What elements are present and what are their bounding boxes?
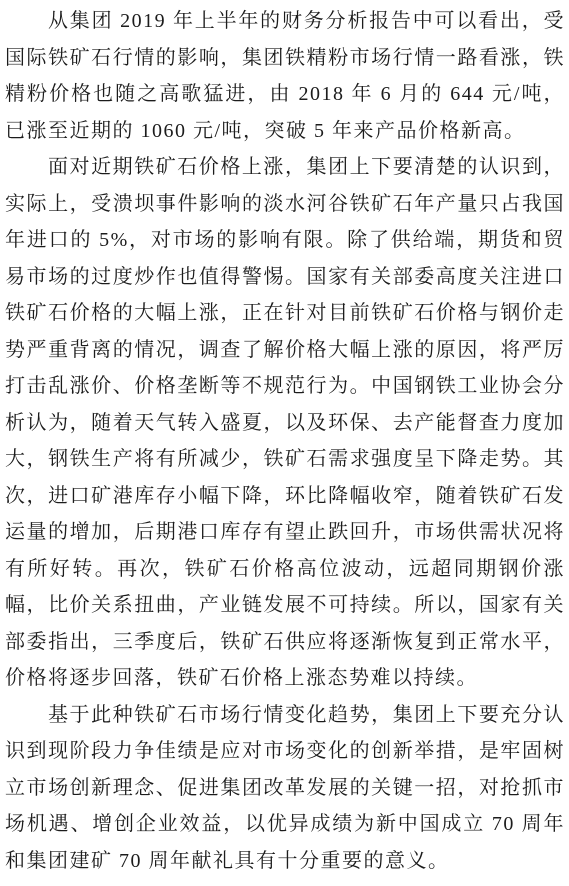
document-page: 从集团 2019 年上半年的财务分析报告中可以看出，受国际铁矿石行情的影响，集团… bbox=[0, 0, 569, 886]
paragraph-market-report: 从集团 2019 年上半年的财务分析报告中可以看出，受国际铁矿石行情的影响，集团… bbox=[5, 3, 565, 149]
paragraph-price-analysis: 面对近期铁矿石价格上涨，集团上下要清楚的认识到，实际上，受溃坝事件影响的淡水河谷… bbox=[5, 149, 565, 697]
paragraph-conclusion: 基于此种铁矿石市场行情变化趋势，集团上下要充分认识到现阶段力争佳绩是应对市场变化… bbox=[5, 697, 565, 880]
